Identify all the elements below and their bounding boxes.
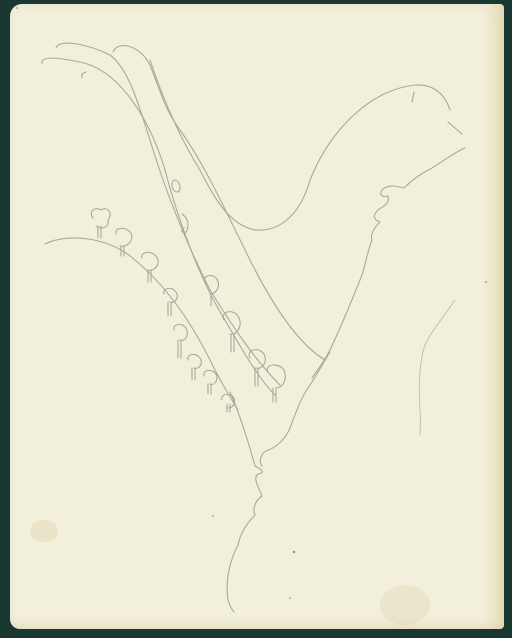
lower-river-left — [227, 392, 262, 612]
pencil-sketch — [0, 0, 512, 638]
trees-left-slope — [91, 209, 234, 412]
right-coast-line — [312, 148, 465, 378]
far-hill-line — [419, 300, 455, 435]
left-bank-line — [42, 58, 275, 395]
lower-river-right — [260, 352, 330, 466]
left-hill-line — [45, 238, 238, 410]
ridge-line — [150, 60, 450, 230]
river-line-1 — [56, 43, 280, 385]
ridge-mark-small — [412, 92, 414, 102]
trees-river-bank — [204, 276, 285, 402]
ridge-mark — [448, 122, 462, 134]
